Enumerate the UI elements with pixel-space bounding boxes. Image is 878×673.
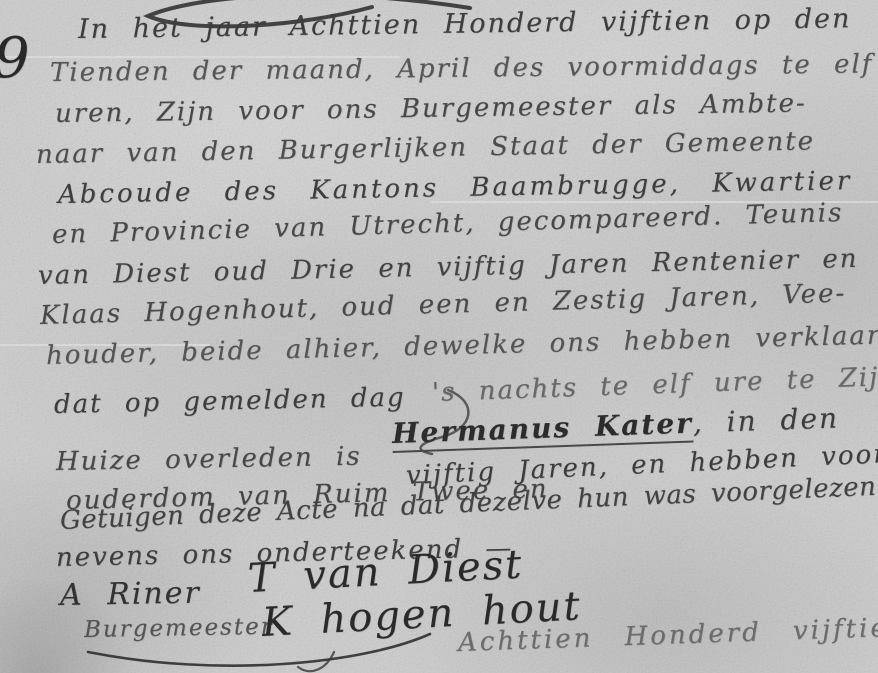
signature-official-title: Burgemeester bbox=[84, 614, 274, 643]
line-death-time: 's nachts te elf ure te Zijnen bbox=[431, 360, 878, 408]
line-civil-registry: naar van den Burgerlijken Staat der Geme… bbox=[36, 126, 816, 170]
death-record-scan: 9 In het jaar Achttien Honderd vijftien … bbox=[0, 0, 878, 673]
line-death-day: dat op gemelden dag bbox=[54, 383, 406, 420]
signature-descender-stroke bbox=[298, 652, 334, 671]
signature-official: A Riner bbox=[60, 576, 201, 613]
line-declaration: houder, beide alhier, dewelke ons hebben… bbox=[46, 320, 878, 371]
line-death-place: Huize overleden is bbox=[56, 442, 362, 477]
line-year: In het jaar Achttien Honderd vijftien op… bbox=[78, 3, 852, 45]
line-time: uren, Zijn voor ons Burgemeester als Amb… bbox=[55, 89, 807, 129]
record-number: 9 bbox=[0, 26, 32, 91]
deceased-name-suffix: , in den bbox=[692, 401, 839, 439]
deceased-name: Hermanus Kater bbox=[391, 407, 693, 453]
line-deceased-name: Hermanus Kater, in den bbox=[391, 401, 839, 450]
